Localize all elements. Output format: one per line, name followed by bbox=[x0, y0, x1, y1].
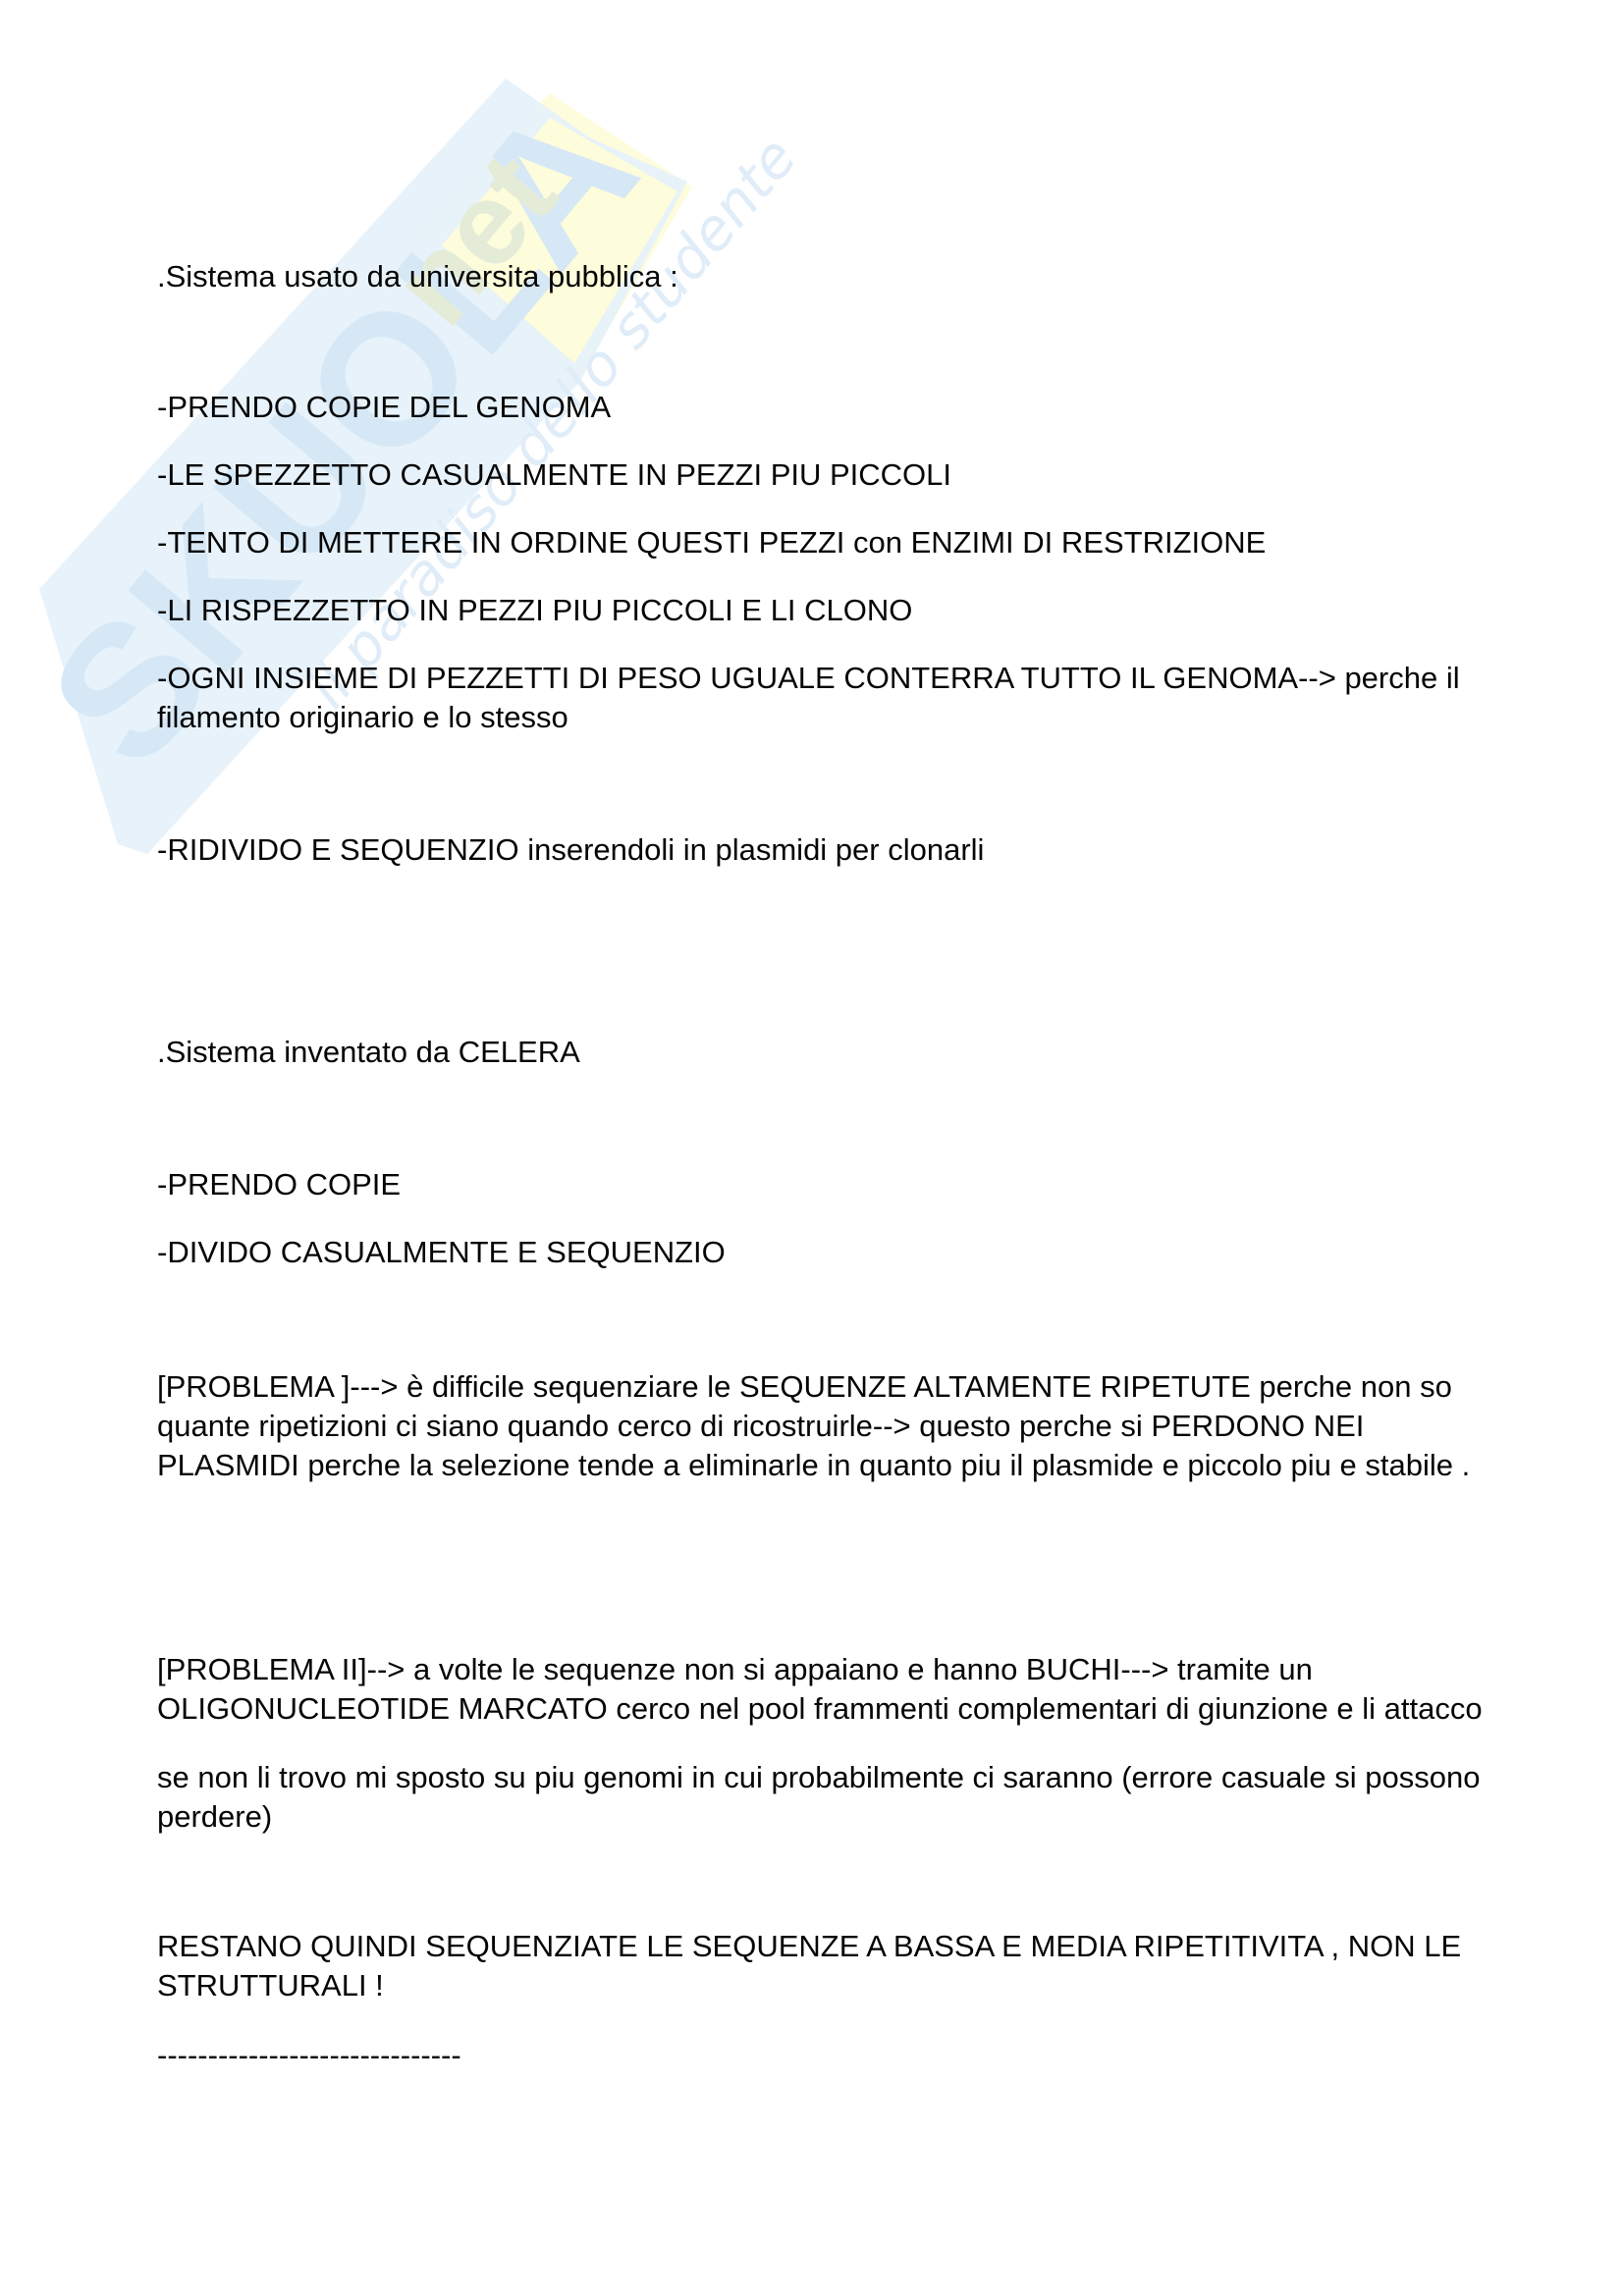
document-page: .Sistema usato da universita pubblica : … bbox=[0, 0, 1623, 2296]
paragraph-line: quante ripetizioni ci siano quando cerco… bbox=[157, 1409, 1364, 1444]
list-item: -OGNI INSIEME DI PEZZETTI DI PESO UGUALE… bbox=[157, 661, 1460, 696]
list-item: -TENTO DI METTERE IN ORDINE QUESTI PEZZI… bbox=[157, 525, 1266, 561]
section-heading: .Sistema usato da universita pubblica : bbox=[157, 259, 678, 294]
paragraph-line: STRUTTURALI ! bbox=[157, 1968, 384, 2003]
paragraph-line: PLASMIDI perche la selezione tende a eli… bbox=[157, 1448, 1470, 1483]
section-heading: .Sistema inventato da CELERA bbox=[157, 1035, 580, 1070]
list-item: -PRENDO COPIE DEL GENOMA bbox=[157, 390, 611, 425]
paragraph-line: perdere) bbox=[157, 1799, 272, 1835]
paragraph-line: [PROBLEMA II]--> a volte le sequenze non… bbox=[157, 1652, 1313, 1687]
list-item: -DIVIDO CASUALMENTE E SEQUENZIO bbox=[157, 1235, 726, 1270]
paragraph-line: se non li trovo mi sposto su piu genomi … bbox=[157, 1760, 1481, 1795]
list-item: -PRENDO COPIE bbox=[157, 1167, 401, 1202]
list-item: -LE SPEZZETTO CASUALMENTE IN PEZZI PIU P… bbox=[157, 457, 951, 493]
paragraph-line: RESTANO QUINDI SEQUENZIATE LE SEQUENZE A… bbox=[157, 1929, 1461, 1964]
paragraph-line: OLIGONUCLEOTIDE MARCATO cerco nel pool f… bbox=[157, 1691, 1483, 1727]
list-item: -RIDIVIDO E SEQUENZIO inserendoli in pla… bbox=[157, 832, 984, 868]
separator-line: ------------------------------ bbox=[157, 2038, 461, 2073]
paragraph-line: [PROBLEMA ]---> è difficile sequenziare … bbox=[157, 1369, 1452, 1405]
list-item-continuation: filamento originario e lo stesso bbox=[157, 700, 568, 735]
list-item: -LI RISPEZZETTO IN PEZZI PIU PICCOLI E L… bbox=[157, 593, 912, 628]
